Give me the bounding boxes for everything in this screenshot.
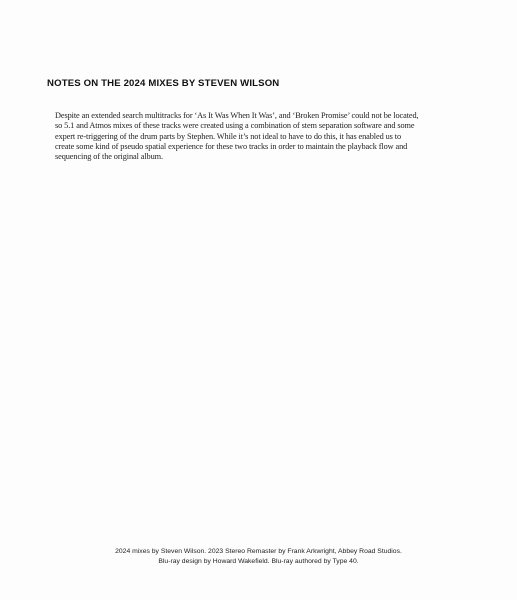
notes-line: create some kind of pseudo spatial exper… xyxy=(55,142,495,152)
notes-line: so 5.1 and Atmos mixes of these tracks w… xyxy=(55,121,495,131)
page-heading: NOTES ON THE 2024 MIXES BY STEVEN WILSON xyxy=(47,78,279,89)
notes-line: sequencing of the original album. xyxy=(55,152,495,162)
credits-line: 2024 mixes by Steven Wilson. 2023 Stereo… xyxy=(0,547,517,557)
notes-line: expert re-triggering of the drum parts b… xyxy=(55,132,495,142)
credits-line: Blu-ray design by Howard Wakefield. Blu-… xyxy=(0,557,517,567)
credits-footer: 2024 mixes by Steven Wilson. 2023 Stereo… xyxy=(0,547,517,567)
notes-paragraph: Despite an extended search multitracks f… xyxy=(55,111,495,162)
notes-line: Despite an extended search multitracks f… xyxy=(55,111,495,121)
